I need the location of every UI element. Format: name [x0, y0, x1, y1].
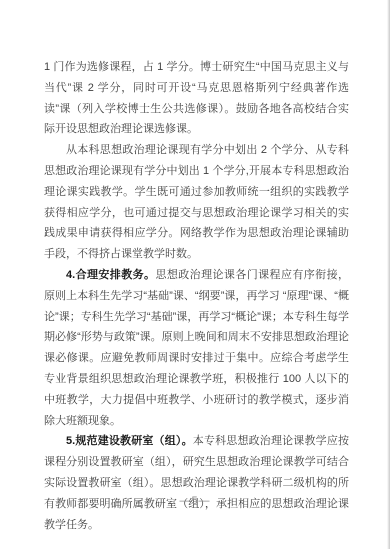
paragraph-text: 1 门作为选修课程，占 1 学分。博士研究生“中国马克思主义与当代”课 2 学分… [44, 61, 349, 135]
paragraph-lead: 4.合理安排教务。 [66, 269, 155, 281]
paragraph: 1 门作为选修课程，占 1 学分。博士研究生“中国马克思主义与当代”课 2 学分… [44, 57, 349, 140]
paragraph-lead: 5.规范建设教研室（组）。 [66, 435, 193, 447]
document-page: 1 门作为选修课程，占 1 学分。博士研究生“中国马克思主义与当代”课 2 学分… [0, 0, 390, 549]
paragraph-text: 本专科思想政治理论课教学应按课程分别设置教研室（组），研究生思想政治理论课教学可… [44, 435, 349, 530]
paragraph: 5.规范建设教研室（组）。本专科思想政治理论课教学应按课程分别设置教研室（组），… [44, 431, 349, 535]
paragraph-text: 思想政治理论课各门课程应有序衔接，原则上本科生先学习“基础”课、“纲要”课，再学… [44, 269, 349, 427]
paragraph-text: 从本科思想政治理论课现有学分中划出 2 个学分、从专科思想政治理论课现有学分中划… [44, 144, 349, 260]
document-body: 1 门作为选修课程，占 1 学分。博士研究生“中国马克思主义与当代”课 2 学分… [44, 57, 349, 535]
paragraph: 从本科思想政治理论课现有学分中划出 2 个学分、从专科思想政治理论课现有学分中划… [44, 140, 349, 265]
page-number: —5— [0, 495, 390, 507]
paragraph: 4.合理安排教务。思想政治理论课各门课程应有序衔接，原则上本科生先学习“基础”课… [44, 265, 349, 431]
